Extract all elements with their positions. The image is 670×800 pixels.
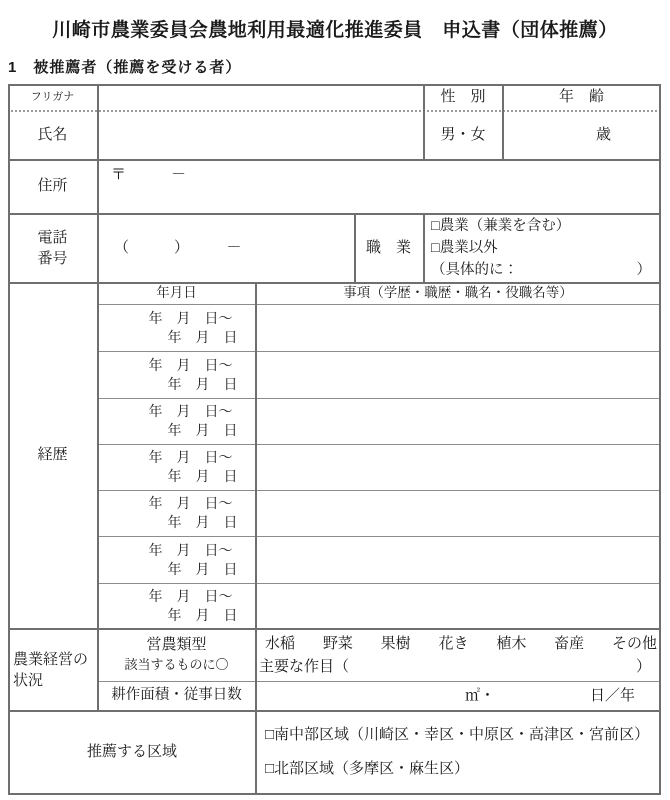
application-form-page: 川崎市農業委員会農地利用最適化推進委員 申込書（団体推薦） 1 被推薦者（推薦を… xyxy=(0,0,670,800)
region-options-cell: □南中部区域（川崎区・幸区・中原区・高津区・宮前区） □北部区域（多摩区・麻生区… xyxy=(255,711,661,793)
career-date-from: 年 月 日～ xyxy=(149,309,233,328)
career-detail-input[interactable] xyxy=(257,444,659,490)
postal-code-placeholder: 〒 － xyxy=(97,160,661,213)
farm-type-option-vegetables[interactable]: 野菜 xyxy=(323,632,353,655)
career-date-cell[interactable]: 年 月 日～ 年 月 日 xyxy=(97,398,256,444)
section-heading-nominee: 1 被推薦者（推薦を受ける者） xyxy=(8,56,241,77)
age-header: 年 齢 xyxy=(502,85,661,110)
occupation-cell: □農業（兼業を含む） □農業以外 （具体的に： ） xyxy=(423,214,661,282)
area-days-label: 耕作面積・従事日数 xyxy=(97,682,256,710)
farm-type-instruction: 該当するものに〇 xyxy=(124,655,228,675)
career-detail-input[interactable] xyxy=(257,583,659,628)
document-title: 川崎市農業委員会農地利用最適化推進委員 申込書（団体推薦） xyxy=(0,15,670,42)
career-detail-input[interactable] xyxy=(257,305,659,351)
farm-status-label-line1: 農業経営の xyxy=(13,649,88,670)
phone-label-line2: 番号 xyxy=(37,248,67,269)
career-date-to: 年 月 日 xyxy=(168,606,238,625)
career-date-to: 年 月 日 xyxy=(168,328,238,347)
address-label: 住所 xyxy=(8,160,97,213)
career-date-header: 年月日 xyxy=(97,283,256,304)
career-date-from: 年 月 日～ xyxy=(149,448,233,467)
sex-options[interactable]: 男・女 xyxy=(423,112,503,159)
square-meter-unit: ㎡・ xyxy=(465,686,495,706)
career-date-cell[interactable]: 年 月 日～ 年 月 日 xyxy=(97,305,256,351)
name-label: 氏名 xyxy=(8,112,97,159)
career-date-to: 年 月 日 xyxy=(168,467,238,486)
farm-type-option-other[interactable]: その他 xyxy=(612,632,657,655)
career-date-cell[interactable]: 年 月 日～ 年 月 日 xyxy=(97,583,256,628)
phone-label: 電話 番号 xyxy=(8,214,97,282)
occupation-detail-close: ） xyxy=(637,259,652,281)
career-detail-input[interactable] xyxy=(257,398,659,444)
region-label: 推薦する区域 xyxy=(8,711,256,793)
age-suffix: 歳 xyxy=(502,112,661,159)
career-date-from: 年 月 日～ xyxy=(149,356,233,375)
occupation-header: 職 業 xyxy=(354,214,423,282)
phone-placeholder: （ ） － xyxy=(97,214,354,282)
career-date-from: 年 月 日～ xyxy=(149,541,233,560)
farm-status-label-line2: 状況 xyxy=(13,670,43,691)
occupation-checkbox-non-farming[interactable]: □農業以外 xyxy=(431,237,661,259)
career-date-cell[interactable]: 年 月 日～ 年 月 日 xyxy=(97,351,256,398)
furigana-label: フリガナ xyxy=(8,85,97,110)
grid-line xyxy=(8,793,661,795)
occupation-checkbox-farming[interactable]: □農業（兼業を含む） xyxy=(431,215,661,237)
career-date-to: 年 月 日 xyxy=(168,421,238,440)
occupation-detail-open: （具体的に： xyxy=(431,259,518,281)
furigana-input[interactable] xyxy=(99,86,421,109)
career-date-from: 年 月 日～ xyxy=(149,587,233,606)
farm-type-option-rice[interactable]: 水稲 xyxy=(265,632,295,655)
region-checkbox-south-central[interactable]: □南中部区域（川崎区・幸区・中原区・高津区・宮前区） xyxy=(265,725,649,745)
career-date-cell[interactable]: 年 月 日～ 年 月 日 xyxy=(97,536,256,583)
career-label: 経歴 xyxy=(8,283,97,628)
main-crop-close: ） xyxy=(636,655,651,678)
name-input[interactable] xyxy=(99,112,421,158)
farm-status-label: 農業経営の 状況 xyxy=(8,629,97,710)
career-date-from: 年 月 日～ xyxy=(149,402,233,421)
career-date-cell[interactable]: 年 月 日～ 年 月 日 xyxy=(97,444,256,490)
farm-type-option-livestock[interactable]: 畜産 xyxy=(554,632,584,655)
main-crop-input[interactable] xyxy=(350,656,630,679)
career-date-from: 年 月 日～ xyxy=(149,494,233,513)
farm-type-label-line1: 営農類型 xyxy=(146,635,206,655)
area-days-units: ㎡・ 日／年 xyxy=(255,682,661,710)
phone-label-line1: 電話 xyxy=(37,227,67,248)
region-checkbox-north[interactable]: □北部区域（多摩区・麻生区） xyxy=(265,759,469,779)
farm-type-option-flowers[interactable]: 花き xyxy=(438,632,468,655)
farm-type-options-row: 水稲 野菜 果樹 花き 植木 畜産 その他 xyxy=(255,632,661,655)
career-date-to: 年 月 日 xyxy=(168,560,238,579)
career-detail-header: 事項（学歴・職歴・職名・役職名等） xyxy=(255,283,661,304)
sex-header: 性 別 xyxy=(423,85,503,110)
days-per-year-unit: 日／年 xyxy=(590,686,635,706)
farm-type-label: 営農類型 該当するものに〇 xyxy=(97,629,256,681)
occupation-detail-line[interactable]: （具体的に： ） xyxy=(431,259,661,281)
career-detail-input[interactable] xyxy=(257,490,659,536)
farm-type-option-fruit[interactable]: 果樹 xyxy=(381,632,411,655)
career-detail-input[interactable] xyxy=(257,536,659,583)
career-detail-input[interactable] xyxy=(257,351,659,398)
career-date-to: 年 月 日 xyxy=(168,513,238,532)
main-crop-open: 主要な作目（ xyxy=(259,655,349,678)
farm-type-option-trees[interactable]: 植木 xyxy=(496,632,526,655)
career-date-cell[interactable]: 年 月 日～ 年 月 日 xyxy=(97,490,256,536)
career-date-to: 年 月 日 xyxy=(168,375,238,394)
